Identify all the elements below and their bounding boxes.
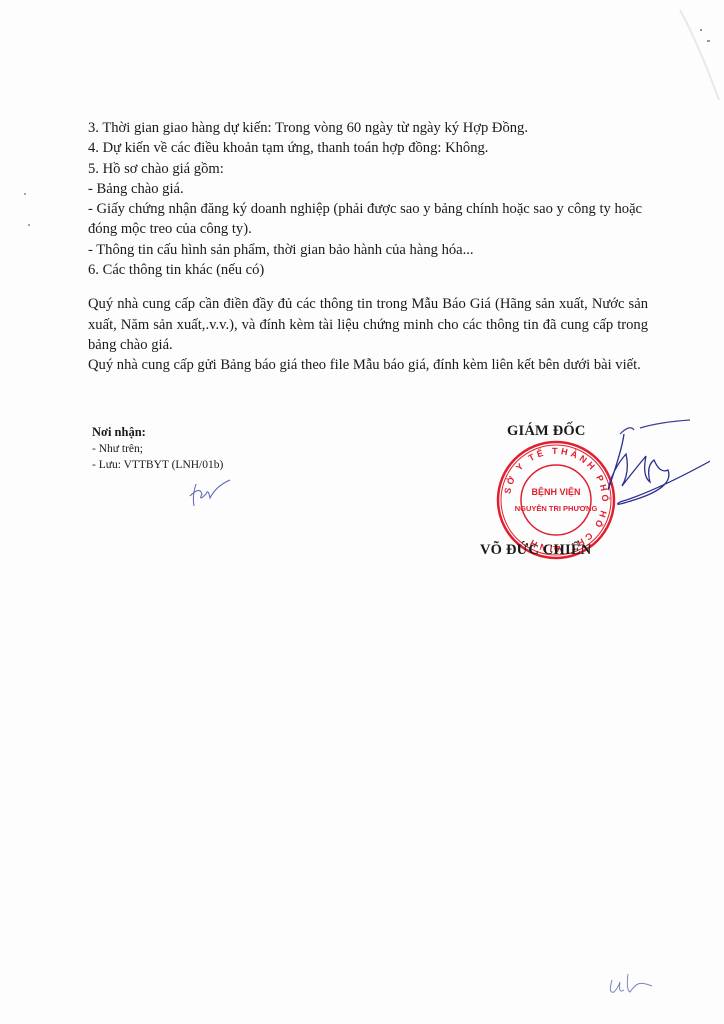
document-page: 3. Thời gian giao hàng dự kiến: Trong vò… (0, 0, 724, 1024)
recipients-title: Nơi nhận: (92, 424, 223, 441)
scan-edge-mark (644, 0, 724, 115)
payment-terms-line: 4. Dự kiến về các điều khoản tạm ứng, th… (88, 138, 648, 158)
signer-name: VÕ ĐỨC CHIẾN (480, 542, 591, 559)
quotation-docs-item: - Giấy chứng nhận đăng ký doanh nghiệp (… (88, 199, 648, 240)
instruction-paragraph: Quý nhà cung cấp cần điền đầy đủ các thô… (88, 294, 648, 355)
director-signature (550, 410, 710, 535)
initial-signature (186, 476, 236, 515)
delivery-time-line: 3. Thời gian giao hàng dự kiến: Trong vò… (88, 118, 648, 138)
quotation-docs-item: - Thông tin cấu hình sản phẩm, thời gian… (88, 240, 648, 260)
signature-block: GIÁM ĐỐC SỞ Y TẾ THÀNH PHỐ HỒ CHÍ MINH B… (470, 410, 710, 570)
scan-speck (28, 224, 30, 226)
scan-speck (24, 193, 26, 195)
recipient-item: - Như trên; (92, 441, 223, 458)
submission-paragraph: Quý nhà cung cấp gửi Bảng báo giá theo f… (88, 355, 648, 375)
document-body: 3. Thời gian giao hàng dự kiến: Trong vò… (88, 118, 648, 376)
other-info-line: 6. Các thông tin khác (nếu có) (88, 260, 648, 280)
page-initial-mark (606, 970, 666, 1005)
recipients-block: Nơi nhận: - Như trên; - Lưu: VTTBYT (LNH… (92, 424, 223, 474)
quotation-docs-item: - Bảng chào giá. (88, 179, 648, 199)
quotation-docs-heading: 5. Hồ sơ chào giá gồm: (88, 159, 648, 179)
recipient-item: - Lưu: VTTBYT (LNH/01b) (92, 457, 223, 474)
